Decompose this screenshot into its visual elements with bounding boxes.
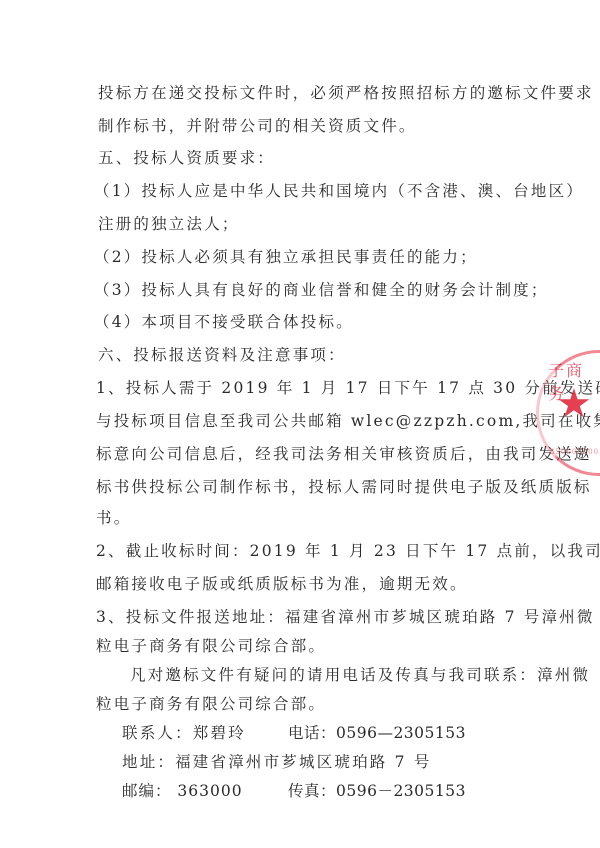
list-item: （2）投标人必须具有独立承担民事责任的能力； [94, 247, 478, 267]
list-item-continuation: 注册的独立法人； [98, 214, 240, 234]
paragraph-line: 粒电子商务有限公司综合部。 [96, 694, 326, 714]
paragraph-line: 凡对邀标文件有疑问的请用电话及传真与我司联系：漳州微 [130, 665, 590, 685]
paragraph-line: 与投标项目信息至我司公共邮箱 wlec@zzpzh.com,我司在收集投 [96, 411, 600, 431]
contact-address: 地址：福建省漳州市芗城区琥珀路 7 号 [122, 752, 432, 772]
paragraph-line: 粒电子商务有限公司综合部。 [96, 636, 326, 656]
paragraph-line: 投标方在递交投标文件时，必须严格按照招标方的邀标文件要求 [98, 83, 594, 103]
paragraph-line: 标书供投标公司制作标书，投标人需同时提供电子版及纸质版标 [96, 477, 592, 497]
paragraph-line: 制作标书，并附带公司的相关资质文件。 [98, 116, 417, 136]
star-icon: ★ [556, 384, 592, 424]
list-item: （1）投标人应是中华人民共和国境内（不含港、澳、台地区） [94, 181, 584, 201]
contact-person: 联系人：郑碧玲 [122, 723, 246, 743]
contact-postcode: 邮编： 363000 [122, 781, 243, 801]
paragraph-line: 3、投标文件报送地址：福建省漳州市芗城区琥珀路 7 号漳州微 [96, 607, 595, 627]
paragraph-line: 书。 [96, 508, 131, 528]
section-heading: 五、投标人资质要求： [98, 148, 275, 168]
paragraph-line: 标意向公司信息后，经我司法务相关审核资质后，由我司发送邀 [96, 444, 592, 464]
contact-fax: 传真：0596－2305153 [288, 781, 466, 801]
paragraph-line: 1、投标人需于 2019 年 1 月 17 日下午 17 点 30 分前发送确认… [96, 378, 600, 398]
paragraph-line: 邮箱接收电子版或纸质版标书为准，逾期无效。 [96, 574, 468, 594]
list-item: （4）本项目不接受联合体投标。 [94, 312, 354, 332]
section-heading: 六、投标报送资料及注意事项： [98, 345, 346, 365]
paragraph-line: 2、截止收标时间：2019 年 1 月 23 日下午 17 点前，以我司公共 [96, 541, 600, 561]
list-item: （3）投标人具有良好的商业信誉和健全的财务会计制度； [94, 280, 549, 300]
contact-phone: 电话：0596—2305153 [288, 723, 466, 743]
seal-number: 3506021005 [550, 448, 600, 456]
